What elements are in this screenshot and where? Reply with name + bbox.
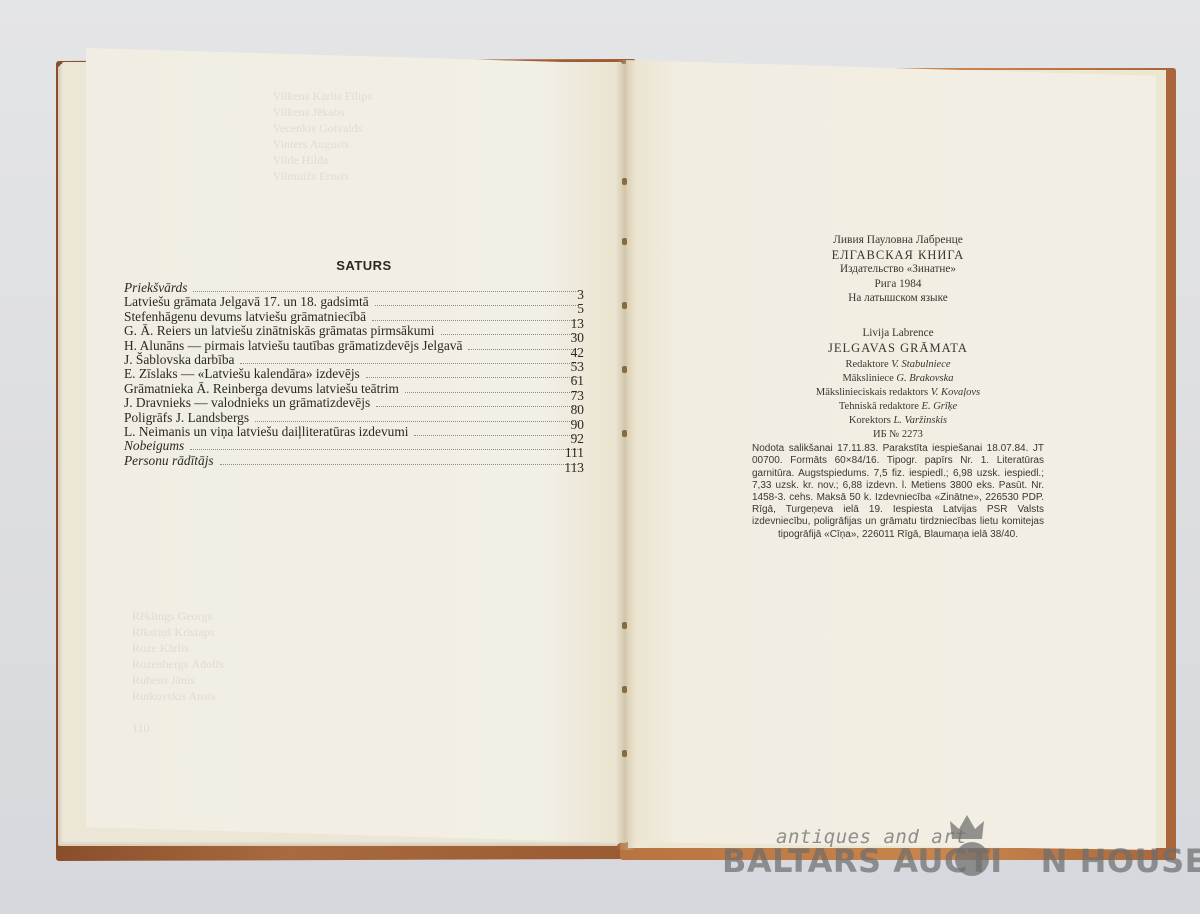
- toc-entry-title: Nobeigums: [124, 439, 188, 453]
- credit-name: V. Stabulniece: [891, 359, 950, 370]
- leader-dots: [240, 363, 578, 364]
- leader-dots: [366, 377, 578, 378]
- binding-stitch: [622, 178, 627, 185]
- credit-name: L. Varžinskis: [893, 415, 947, 426]
- language-note-russian: На латышском языке: [752, 291, 1044, 306]
- toc-entry-title: E. Zīslaks — «Latviešu kalendāra» izdevē…: [124, 367, 364, 381]
- binding-stitch: [622, 238, 627, 245]
- city-year-russian: Рига 1984: [752, 277, 1044, 292]
- show-through-text: Rēklings Georgs Rīkstiņš Kristaps Roze K…: [126, 608, 224, 736]
- author-name-russian: Ливия Пауловна Лабренце: [752, 233, 1044, 248]
- leader-dots: [255, 421, 578, 422]
- book-title-latvian: JELGAVAS GRĀMATA: [752, 341, 1044, 356]
- leader-dots: [193, 291, 578, 292]
- toc-entry-title: L. Neimanis un viņa latviešu daiļliterat…: [124, 425, 412, 439]
- credit-role: Korektors: [849, 415, 891, 426]
- toc-entry: E. Zīslaks — «Latviešu kalendāra» izdevē…: [124, 367, 584, 381]
- toc-entry: Latviešu grāmata Jelgavā 17. un 18. gads…: [124, 295, 584, 309]
- credit-role: Redaktore: [845, 359, 888, 370]
- binding-stitch: [622, 302, 627, 309]
- contents-heading: SATURS: [144, 258, 584, 273]
- toc-entry-title: Stefenhāgenu devums latviešu grāmatniecī…: [124, 310, 370, 324]
- crown-icon: [950, 815, 984, 841]
- toc-entry-title: J. Šablovska darbība: [124, 353, 238, 367]
- toc-entry: Nobeigums 111: [124, 439, 584, 453]
- toc-entry: H. Alunāns — pirmais latviešu tautības g…: [124, 339, 584, 353]
- publisher-russian: Издательство «Зинатне»: [752, 262, 1044, 277]
- toc-entry: Priekšvārds 3: [124, 281, 584, 295]
- leader-dots: [375, 305, 578, 306]
- binding-stitch: [622, 750, 627, 757]
- leader-dots: [220, 464, 578, 465]
- toc-entry: Grāmatnieka Ā. Reinberga devums latviešu…: [124, 382, 584, 396]
- toc-entry-title: Poligrāfs J. Landsbergs: [124, 411, 253, 425]
- credit-line: Māksliniece G. Brakovska: [752, 372, 1044, 386]
- toc-entry: Poligrāfs J. Landsbergs 90: [124, 411, 584, 425]
- leader-dots: [405, 392, 578, 393]
- toc-entry-title: J. Dravnieks — valodnieks un grāmatizdev…: [124, 396, 374, 410]
- toc-entry: L. Neimanis un viņa latviešu daiļliterat…: [124, 425, 584, 439]
- leader-dots: [190, 449, 578, 450]
- imprint-details: Nodota salikšanai 17.11.83. Parakstīta i…: [752, 443, 1044, 541]
- credit-line: Korektors L. Varžinskis: [752, 414, 1044, 428]
- watermark-brand-tail: N HOUSE: [1041, 842, 1200, 880]
- toc-entry: G. Ā. Reiers un latviešu zinātniskās grā…: [124, 324, 584, 338]
- toc-entry: J. Šablovska darbība 53: [124, 353, 584, 367]
- ib-number: ИБ № 2273: [752, 428, 1044, 442]
- toc-entry-title: Priekšvārds: [124, 281, 191, 295]
- toc-entry-title: G. Ā. Reiers un latviešu zinātniskās grā…: [124, 324, 439, 338]
- credit-role: Mākslinieciskais redaktors: [816, 387, 928, 398]
- colophon: Ливия Пауловна Лабренце ЕЛГАВСКАЯ КНИГА …: [752, 233, 1044, 541]
- show-through-text: Vilkens Kārlis Fīlips Vilkens Jēkabs Vec…: [126, 88, 372, 184]
- toc-entry-page: 113: [554, 461, 584, 475]
- credit-name: E. Grīķe: [922, 401, 958, 412]
- watermark-brand: BALTARS AUCTIN HOUSE: [722, 842, 1200, 880]
- credit-line: Redaktore V. Stabulniece: [752, 358, 1044, 372]
- credit-line: Tehniskā redaktore E. Grīķe: [752, 400, 1044, 414]
- author-name-latvian: Livija Labrence: [752, 326, 1044, 341]
- toc-entry-title: H. Alunāns — pirmais latviešu tautības g…: [124, 339, 466, 353]
- binding-stitch: [622, 366, 627, 373]
- toc-entry-title: Latviešu grāmata Jelgavā 17. un 18. gads…: [124, 295, 373, 309]
- credit-role: Māksliniece: [842, 373, 893, 384]
- leader-dots: [372, 320, 578, 321]
- toc-entry: Stefenhāgenu devums latviešu grāmatniecī…: [124, 310, 584, 324]
- binding-stitch: [622, 430, 627, 437]
- leader-dots: [376, 406, 578, 407]
- credit-name: G. Brakovska: [896, 373, 953, 384]
- credit-role: Tehniskā redaktore: [839, 401, 919, 412]
- table-of-contents: SATURS Priekšvārds 3 Latviešu grāmata Je…: [124, 258, 584, 468]
- book-title-russian: ЕЛГАВСКАЯ КНИГА: [752, 248, 1044, 263]
- toc-entry-title: Grāmatnieka Ā. Reinberga devums latviešu…: [124, 382, 403, 396]
- credit-line: Mākslinieciskais redaktors V. Kovaļovs: [752, 386, 1044, 400]
- binding-stitch: [622, 686, 627, 693]
- credit-name: V. Kovaļovs: [931, 387, 980, 398]
- toc-entry-title: Personu rādītājs: [124, 454, 218, 468]
- toc-entry: J. Dravnieks — valodnieks un grāmatizdev…: [124, 396, 584, 410]
- watermark-brand-head: BALTARS AUCTI: [722, 842, 1003, 880]
- toc-entry: Personu rādītājs 113: [124, 454, 584, 468]
- binding-stitch: [622, 622, 627, 629]
